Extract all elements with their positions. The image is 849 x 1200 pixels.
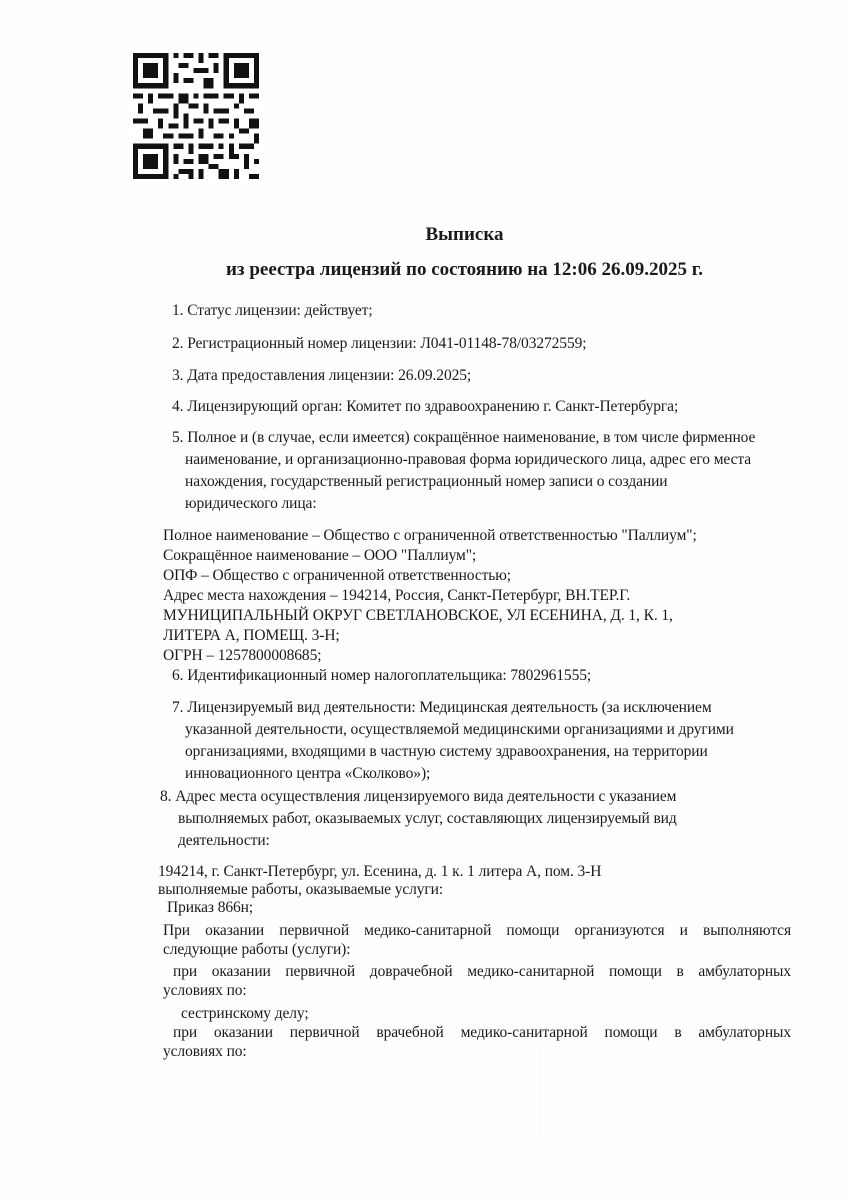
item-5-line-4: юридического лица: <box>185 495 317 513</box>
item-8-line-2: выполняемых работ, оказываемых услуг, со… <box>178 810 677 828</box>
pre-medical-care-line-1: при оказании первичной доврачебной медик… <box>173 963 791 981</box>
pre-medical-care-line-2: условиях по: <box>163 982 247 1000</box>
legal-address-1: Адрес места нахождения – 194214, Россия,… <box>163 587 630 605</box>
medical-care-line-1: при оказании первичной врачебной медико-… <box>173 1024 791 1042</box>
licensing-authority: 4. Лицензирующий орган: Комитет по здрав… <box>172 398 678 416</box>
order-866n: Приказ 866н; <box>167 899 253 917</box>
activity-line-3: организациями, входящими в частную систе… <box>185 743 708 761</box>
document-page: Выписка из реестра лицензий по состоянию… <box>0 0 849 1200</box>
activity-address: 194214, г. Санкт-Петербург, ул. Есенина,… <box>158 863 601 881</box>
medical-care-line-2: условиях по: <box>163 1043 247 1061</box>
document-title: Выписка <box>0 224 849 246</box>
activity-line-1: 7. Лицензируемый вид деятельности: Медиц… <box>172 699 712 717</box>
works-label: выполняемые работы, оказываемые услуги: <box>158 881 443 899</box>
legal-form: ОПФ – Общество с ограниченной ответствен… <box>163 567 511 585</box>
qr-code-icon <box>133 53 259 179</box>
item-5-line-2: наименование, и организационно-правовая … <box>185 451 751 469</box>
item-8-line-3: деятельности: <box>178 832 270 850</box>
activity-line-4: инновационного центра «Сколково»); <box>185 765 430 783</box>
license-number: 2. Регистрационный номер лицензии: Л041-… <box>172 335 586 353</box>
license-date: 3. Дата предоставления лицензии: 26.09.2… <box>172 367 471 385</box>
faint-stamp-mark <box>420 1045 541 1135</box>
nursing: сестринскому делу; <box>181 1005 309 1023</box>
ogrn: ОГРН – 1257800008685; <box>163 647 321 665</box>
item-5-line-3: нахождения, государственный регистрацион… <box>185 473 667 491</box>
primary-care-line-1: При оказании первичной медико-санитарной… <box>163 922 791 940</box>
short-name: Сокращённое наименование – ООО "Паллиум"… <box>163 547 476 565</box>
full-name: Полное наименование – Общество с огранич… <box>163 527 697 545</box>
legal-address-3: ЛИТЕРА А, ПОМЕЩ. 3-Н; <box>163 627 340 645</box>
inn: 6. Идентификационный номер налогоплатель… <box>172 667 591 685</box>
document-subtitle: из реестра лицензий по состоянию на 12:0… <box>0 259 849 281</box>
item-5-line-1: 5. Полное и (в случае, если имеется) сок… <box>172 429 755 447</box>
license-status: 1. Статус лицензии: действует; <box>172 302 373 320</box>
item-8-line-1: 8. Адрес места осуществления лицензируем… <box>160 788 676 806</box>
activity-line-2: указанной деятельности, осуществляемой м… <box>185 721 734 739</box>
primary-care-line-2: следующие работы (услуги): <box>163 941 350 959</box>
legal-address-2: МУНИЦИПАЛЬНЫЙ ОКРУГ СВЕТЛАНОВСКОЕ, УЛ ЕС… <box>163 607 673 625</box>
